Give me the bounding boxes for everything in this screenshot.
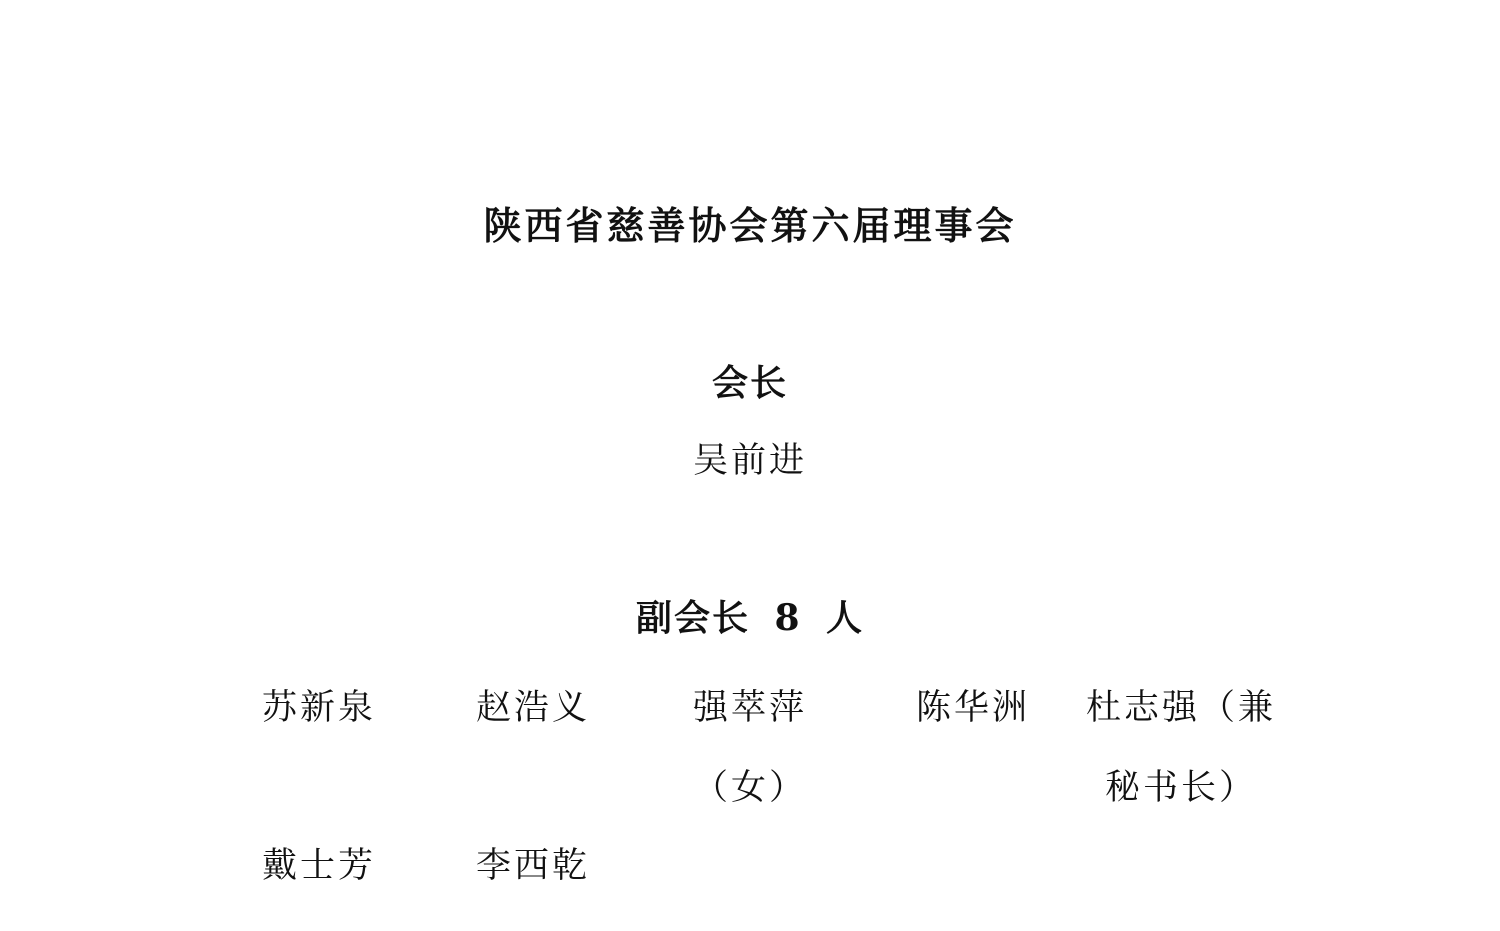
- vice-president-heading: 副会长 8 人: [0, 590, 1500, 641]
- document-page: 陕西省慈善协会第六届理事会 会长 吴前进 副会长 8 人 苏新泉 赵浩义 强萃萍…: [0, 0, 1500, 931]
- vice-president-name: 赵浩义: [476, 668, 590, 748]
- president-heading: 会长: [0, 355, 1500, 406]
- document-title: 陕西省慈善协会第六届理事会: [0, 195, 1500, 250]
- vice-president-name: 杜志强（兼 秘书长）: [1086, 668, 1276, 828]
- vice-president-name: 苏新泉: [262, 668, 376, 748]
- vice-president-name: 陈华洲: [916, 668, 1030, 748]
- vice-president-name: 戴士芳: [262, 826, 376, 906]
- vice-president-name: 李西乾: [476, 826, 590, 906]
- president-name: 吴前进: [0, 433, 1500, 483]
- vice-president-name: 强萃萍 （女）: [690, 668, 810, 828]
